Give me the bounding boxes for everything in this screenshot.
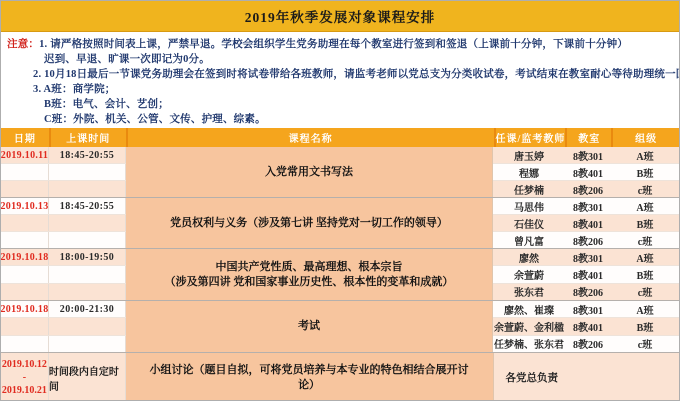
date-cell	[1, 181, 49, 197]
room-cell: 8教401	[565, 318, 611, 334]
teacher-cell: 张东君	[493, 284, 565, 300]
table-row: 廖然8教301A班	[493, 249, 679, 266]
group-cell: A班	[611, 249, 679, 265]
room-cell: 8教401	[565, 164, 611, 180]
page-title: 2019年秋季发展对象课程安排	[245, 6, 436, 26]
time-cell: 18:45-20:55	[49, 198, 126, 214]
course-cell: 入党常用文书写法	[126, 147, 493, 197]
schedule-block-discussion: 2019.10.12 - 2019.10.21 时间段内自定时间 小组讨论（题目…	[1, 353, 679, 401]
note-line: B班：电气、会计、艺创；	[7, 97, 675, 112]
table-header: 日期 上课时间 课程名称 任课/监考教师 教室 组级	[1, 128, 679, 147]
group-cell: c班	[611, 284, 679, 300]
teacher-cell: 石佳仪	[493, 215, 565, 231]
course-cell: 中国共产党性质、最高理想、根本宗旨 （涉及第四讲 党和国家事业历史性、根本性的变…	[126, 249, 493, 300]
note-line: 3. A班：商学院；	[7, 82, 675, 97]
room-cell: 8教206	[565, 232, 611, 248]
room-cell: 8教301	[565, 249, 611, 265]
date-cell	[1, 164, 49, 180]
time-cell	[49, 232, 126, 248]
teacher-cell: 曾凡富	[493, 232, 565, 248]
table-body: 2019.10.1118:45-20:55 入党常用文书写法 唐玉婷8教301A…	[1, 147, 679, 401]
header-cell-course: 课程名称	[126, 128, 494, 147]
note-line: 注意：1. 请严格按照时间表上课，严禁早退。学校会组织学生党务助理在每个教室进行…	[7, 37, 675, 52]
teacher-cell: 余萱蔚、金利楹	[493, 318, 565, 334]
group-cell: B班	[611, 318, 679, 334]
teacher-cell: 廖然	[493, 249, 565, 265]
course-name: 入党常用文书写法	[265, 165, 353, 180]
table-row: 余萱蔚8教401B班	[493, 266, 679, 283]
teacher-cell: 任梦楠	[493, 181, 565, 197]
date-cell	[1, 318, 49, 334]
time-cell: 18:00-19:50	[49, 249, 126, 265]
date-cell: 2019.10.12 - 2019.10.21	[1, 353, 49, 401]
time-cell	[49, 336, 126, 352]
time-cell: 时间段内自定时间	[49, 353, 126, 401]
time-cell: 20:00-21:30	[49, 301, 126, 317]
table-row: 余萱蔚、金利楹8教401B班	[493, 318, 679, 335]
course-cell: 党员权利与义务（涉及第七讲 坚持党对一切工作的领导）	[126, 198, 493, 248]
group-cell: c班	[611, 181, 679, 197]
group-cell: B班	[611, 215, 679, 231]
teacher-cell: 唐玉婷	[493, 147, 565, 163]
owner-cell: 各党总负责	[494, 353, 679, 401]
time-cell	[49, 284, 126, 300]
room-cell: 8教206	[565, 181, 611, 197]
schedule-block: 2019.10.1820:00-21:30 考试 廖然、崔璨8教301A班 余萱…	[1, 301, 679, 353]
note-line: 2. 10月18日最后一节课党务助理会在签到时将试卷带给各班教师，请监考老师以党…	[7, 67, 675, 82]
course-name: 党员权利与义务（涉及第七讲 坚持党对一切工作的领导）	[170, 216, 448, 231]
group-cell: c班	[611, 232, 679, 248]
header-cell-date: 日期	[1, 128, 49, 147]
notice-label: 注意：	[7, 39, 39, 50]
group-cell: c班	[611, 336, 679, 352]
date-cell	[1, 266, 49, 282]
schedule-block: 2019.10.1318:45-20:55 党员权利与义务（涉及第七讲 坚持党对…	[1, 198, 679, 249]
time-cell	[49, 318, 126, 334]
header-cell-time: 上课时间	[49, 128, 126, 147]
table-row: 程娜8教401B班	[493, 164, 679, 181]
group-cell: B班	[611, 266, 679, 282]
room-cell: 8教301	[565, 198, 611, 214]
course-name: 小组讨论（题目自拟，可将党员培养与本专业的特色相结合展开讨论）	[146, 363, 473, 393]
table-row: 马思伟8教301A班	[493, 198, 679, 215]
note-text: 1. 请严格按照时间表上课，严禁早退。学校会组织学生党务助理在每个教室进行签到和…	[39, 39, 628, 50]
group-cell: B班	[611, 164, 679, 180]
schedule-sheet: 2019年秋季发展对象课程安排 注意：1. 请严格按照时间表上课，严禁早退。学校…	[0, 0, 680, 401]
time-cell	[49, 181, 126, 197]
date-cell: 2019.10.18	[1, 301, 49, 317]
teacher-cell: 程娜	[493, 164, 565, 180]
date-cell: 2019.10.18	[1, 249, 49, 265]
room-cell: 8教301	[565, 301, 611, 317]
group-cell: A班	[611, 301, 679, 317]
time-cell: 18:45-20:55	[49, 147, 126, 163]
date-dash: -	[23, 371, 26, 384]
date-start: 2019.10.12	[2, 358, 47, 371]
date-cell	[1, 215, 49, 231]
date-cell	[1, 232, 49, 248]
teacher-cell: 余萱蔚	[493, 266, 565, 282]
room-cell: 8教401	[565, 266, 611, 282]
room-cell: 8教401	[565, 215, 611, 231]
notes-section: 注意：1. 请严格按照时间表上课，严禁早退。学校会组织学生党务助理在每个教室进行…	[1, 32, 679, 128]
course-cell: 小组讨论（题目自拟，可将党员培养与本专业的特色相结合展开讨论）	[126, 353, 494, 401]
date-end: 2019.10.21	[2, 384, 47, 397]
group-cell: A班	[611, 147, 679, 163]
date-cell	[1, 336, 49, 352]
header-cell-room: 教室	[565, 128, 611, 147]
note-line: 迟到、早退、旷课一次即记为0分。	[7, 52, 675, 67]
time-cell	[49, 215, 126, 231]
table-row: 唐玉婷8教301A班	[493, 147, 679, 164]
time-cell	[49, 266, 126, 282]
header-cell-teacher: 任课/监考教师	[494, 128, 566, 147]
table-row: 任梦楠8教206c班	[493, 181, 679, 197]
schedule-block: 2019.10.1118:45-20:55 入党常用文书写法 唐玉婷8教301A…	[1, 147, 679, 198]
header-cell-group: 组级	[611, 128, 679, 147]
group-cell: A班	[611, 198, 679, 214]
date-cell: 2019.10.13	[1, 198, 49, 214]
teacher-cell: 任梦楠、张东君	[493, 336, 565, 352]
course-cell: 考试	[126, 301, 493, 352]
title-bar: 2019年秋季发展对象课程安排	[1, 1, 679, 32]
table-row: 任梦楠、张东君8教206c班	[493, 336, 679, 352]
course-name: 考试	[298, 319, 320, 334]
room-cell: 8教301	[565, 147, 611, 163]
table-row: 曾凡富8教206c班	[493, 232, 679, 248]
course-name: 中国共产党性质、最高理想、根本宗旨	[216, 260, 403, 275]
time-cell	[49, 164, 126, 180]
room-cell: 8教206	[565, 336, 611, 352]
table-row: 石佳仪8教401B班	[493, 215, 679, 232]
table-row: 廖然、崔璨8教301A班	[493, 301, 679, 318]
date-cell	[1, 284, 49, 300]
note-line: C班：外院、机关、公管、文传、护理、综素。	[7, 112, 675, 127]
table-row: 张东君8教206c班	[493, 284, 679, 300]
teacher-cell: 廖然、崔璨	[493, 301, 565, 317]
teacher-cell: 马思伟	[493, 198, 565, 214]
room-cell: 8教206	[565, 284, 611, 300]
course-subtitle: （涉及第四讲 党和国家事业历史性、根本性的变革和成就）	[165, 275, 454, 290]
date-cell: 2019.10.11	[1, 147, 49, 163]
schedule-block: 2019.10.1818:00-19:50 中国共产党性质、最高理想、根本宗旨 …	[1, 249, 679, 301]
